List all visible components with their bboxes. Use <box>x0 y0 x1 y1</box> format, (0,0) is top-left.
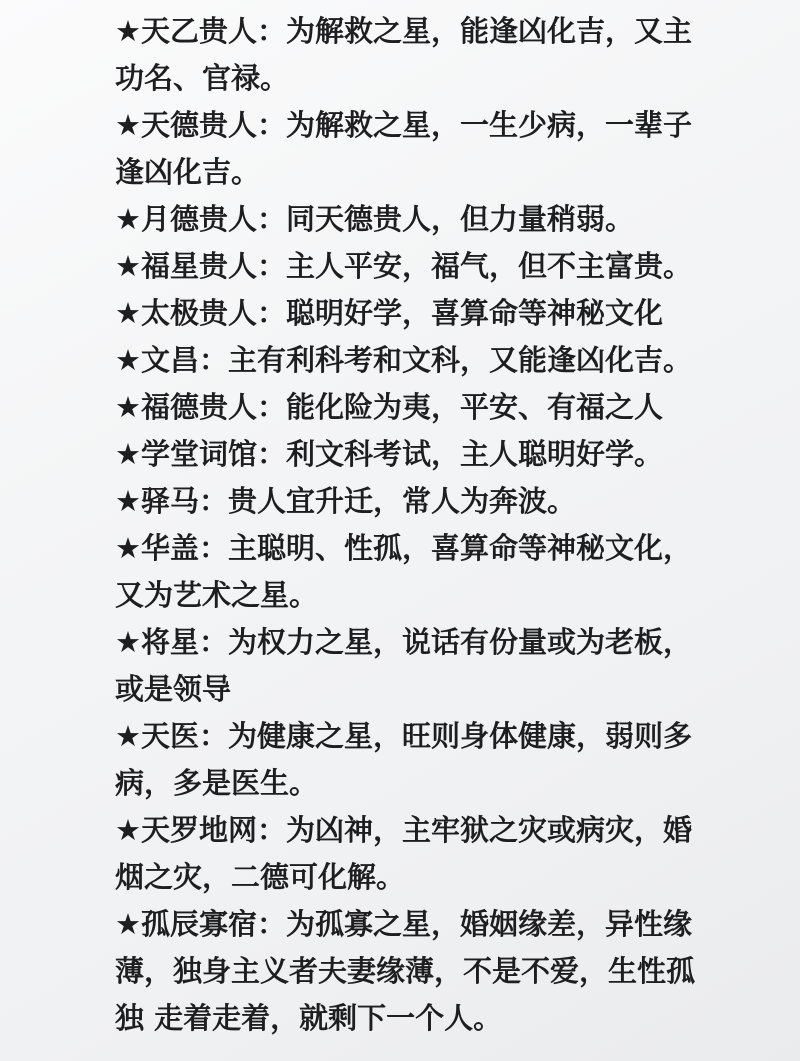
list-item: ★孤辰寡宿：为孤寡之星，婚姻缘差，异性缘薄，独身主义者夫妻缘薄，不是不爱，生性孤… <box>115 901 707 1042</box>
list-item: ★天乙贵人：为解救之星，能逢凶化吉，又主功名、官禄。 <box>115 8 707 102</box>
list-item: ★文昌：主有利科考和文科，又能逢凶化吉。 <box>115 337 707 384</box>
entry-colon: ： <box>257 249 286 283</box>
entry-term: 天医 <box>141 719 199 753</box>
entry-term: 福德贵人 <box>141 390 257 424</box>
list-item: ★福星贵人：主人平安，福气，但不主富贵。 <box>115 243 707 290</box>
list-item: ★华盖：主聪明、性孤，喜算命等神秘文化，又为艺术之星。 <box>115 525 707 619</box>
list-item: ★天医：为健康之星，旺则身体健康，弱则多病，多是医生。 <box>115 713 707 807</box>
star-bullet-icon: ★ <box>115 484 141 518</box>
entry-colon: ： <box>199 343 228 377</box>
entry-description: 能化险为夷，平安、有福之人 <box>286 390 663 424</box>
entry-colon: ： <box>257 907 286 941</box>
entry-term: 驿马 <box>141 484 199 518</box>
entry-term: 华盖 <box>141 531 199 565</box>
star-bullet-icon: ★ <box>115 531 141 565</box>
entry-term: 文昌 <box>141 343 199 377</box>
entry-colon: ： <box>257 14 286 48</box>
list-item: ★天德贵人：为解救之星，一生少病，一辈子逢凶化吉。 <box>115 102 707 196</box>
star-bullet-icon: ★ <box>115 296 141 330</box>
star-bullet-icon: ★ <box>115 390 141 424</box>
star-bullet-icon: ★ <box>115 813 141 847</box>
star-bullet-icon: ★ <box>115 625 141 659</box>
star-bullet-icon: ★ <box>115 202 141 236</box>
entry-term: 福星贵人 <box>141 249 257 283</box>
entry-description: 聪明好学，喜算命等神秘文化 <box>286 296 663 330</box>
list-item: ★驿马：贵人宜升迁，常人为奔波。 <box>115 478 707 525</box>
entry-term: 太极贵人 <box>141 296 257 330</box>
star-bullet-icon: ★ <box>115 719 141 753</box>
star-list: ★天乙贵人：为解救之星，能逢凶化吉，又主功名、官禄。 ★天德贵人：为解救之星，一… <box>115 8 707 1042</box>
entry-term: 天德贵人 <box>141 108 257 142</box>
star-bullet-icon: ★ <box>115 108 141 142</box>
entry-description: 同天德贵人，但力量稍弱。 <box>286 202 634 236</box>
star-bullet-icon: ★ <box>115 14 141 48</box>
entry-colon: ： <box>199 719 228 753</box>
list-item: ★福德贵人：能化险为夷，平安、有福之人 <box>115 384 707 431</box>
entry-colon: ： <box>257 813 286 847</box>
entry-colon: ： <box>257 296 286 330</box>
list-item: ★太极贵人：聪明好学，喜算命等神秘文化 <box>115 290 707 337</box>
entry-description: 利文科考试，主人聪明好学。 <box>286 437 663 471</box>
entry-colon: ： <box>257 390 286 424</box>
star-bullet-icon: ★ <box>115 343 141 377</box>
entry-description: 贵人宜升迁，常人为奔波。 <box>228 484 576 518</box>
list-item: ★天罗地网：为凶神，主牢狱之灾或病灾，婚烟之灾，二德可化解。 <box>115 807 707 901</box>
entry-term: 天乙贵人 <box>141 14 257 48</box>
entry-term: 学堂词馆 <box>141 437 257 471</box>
entry-colon: ： <box>199 625 228 659</box>
entry-colon: ： <box>257 202 286 236</box>
document-page: ★天乙贵人：为解救之星，能逢凶化吉，又主功名、官禄。 ★天德贵人：为解救之星，一… <box>0 0 800 1061</box>
entry-colon: ： <box>257 108 286 142</box>
star-bullet-icon: ★ <box>115 249 141 283</box>
star-bullet-icon: ★ <box>115 437 141 471</box>
list-item: ★月德贵人：同天德贵人，但力量稍弱。 <box>115 196 707 243</box>
entry-term: 天罗地网 <box>141 813 257 847</box>
entry-term: 孤辰寡宿 <box>141 907 257 941</box>
entry-term: 月德贵人 <box>141 202 257 236</box>
entry-colon: ： <box>199 484 228 518</box>
entry-colon: ： <box>199 531 228 565</box>
entry-term: 将星 <box>141 625 199 659</box>
list-item: ★学堂词馆：利文科考试，主人聪明好学。 <box>115 431 707 478</box>
star-bullet-icon: ★ <box>115 907 141 941</box>
entry-colon: ： <box>257 437 286 471</box>
list-item: ★将星：为权力之星，说话有份量或为老板，或是领导 <box>115 619 707 713</box>
entry-description: 主人平安，福气，但不主富贵。 <box>286 249 692 283</box>
entry-description: 主有利科考和文科，又能逢凶化吉。 <box>228 343 692 377</box>
